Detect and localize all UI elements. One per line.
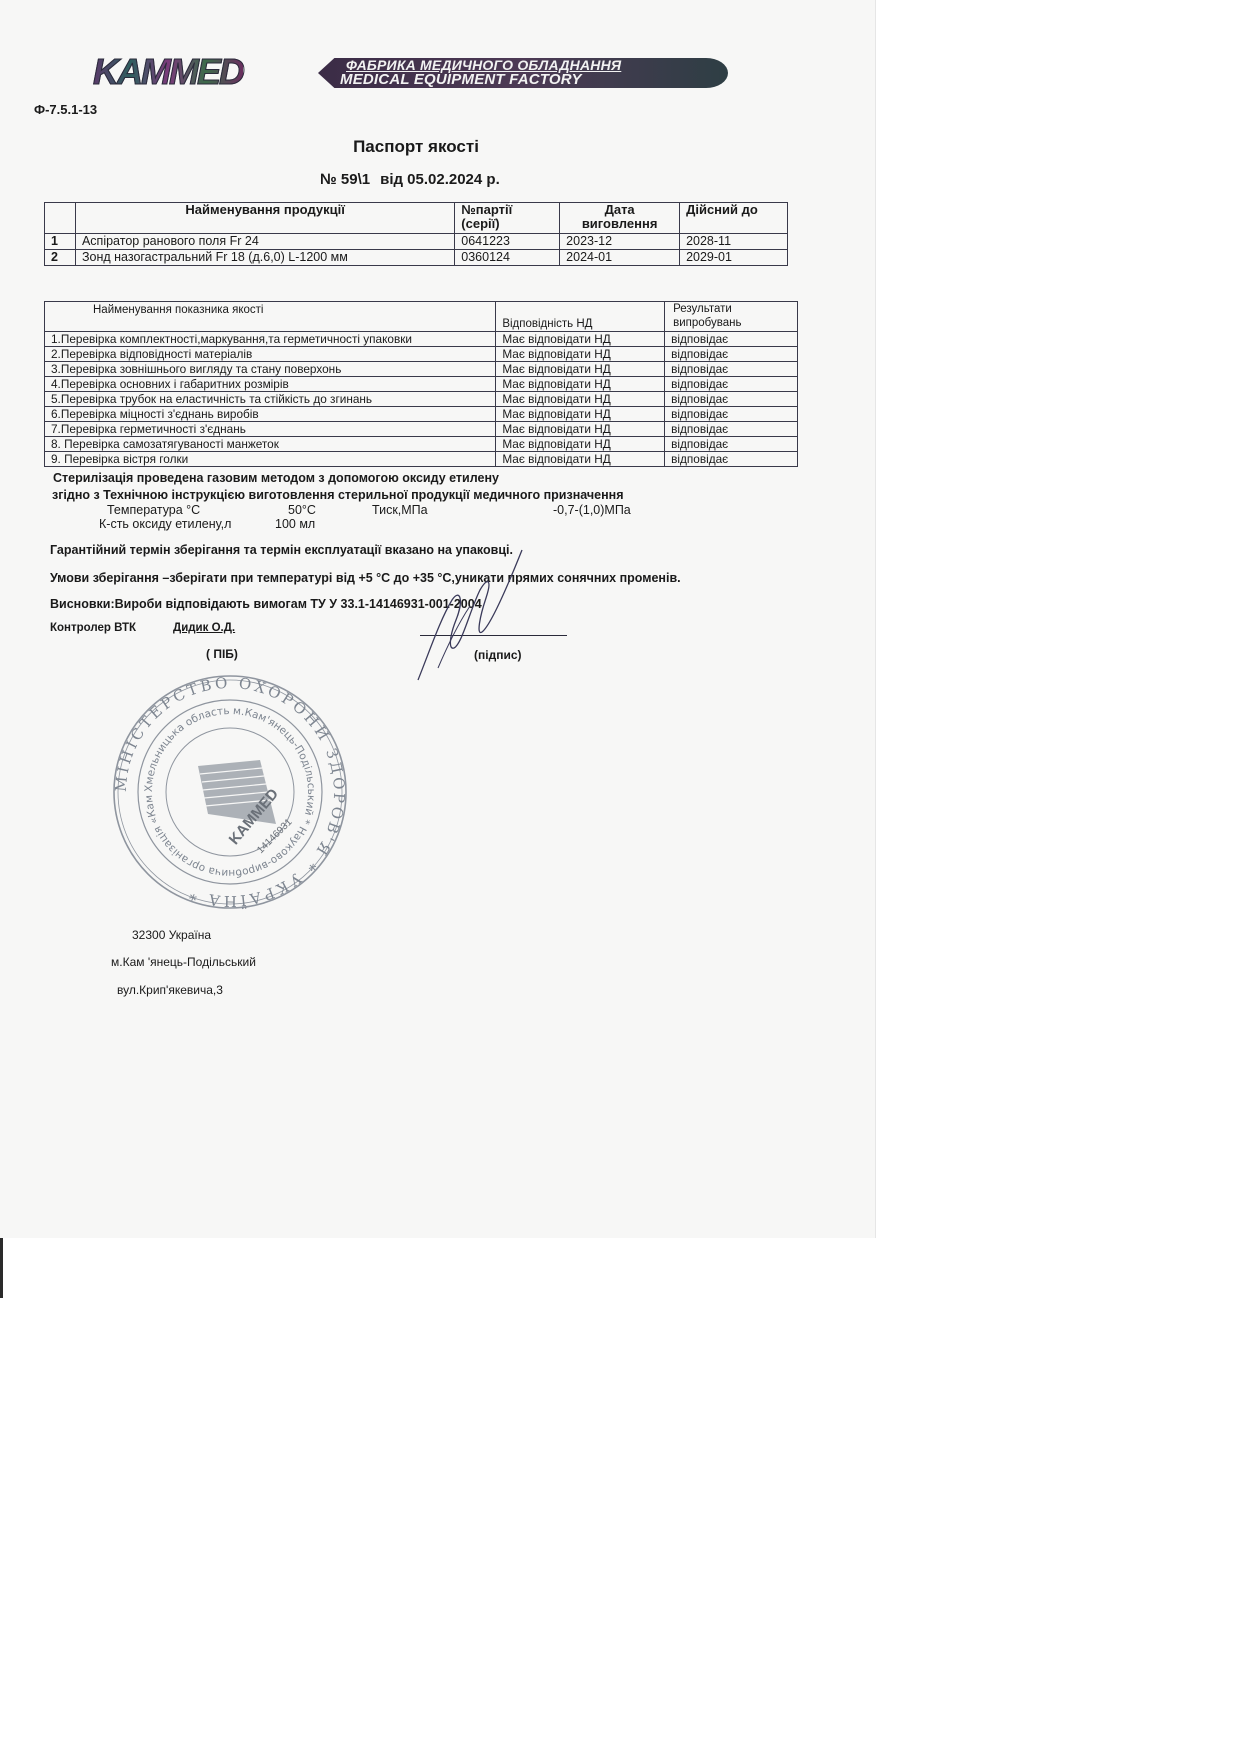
pressure-value: -0,7-(1,0)МПа xyxy=(553,503,631,517)
col-batch: №партії (серії) xyxy=(455,203,560,234)
products-table: Найменування продукції №партії (серії) Д… xyxy=(44,202,788,266)
table-row: 2 Зонд назогастральний Fr 18 (д.6,0) L-1… xyxy=(45,250,788,266)
valid-until: 2028-11 xyxy=(680,234,788,250)
nd-compliance: Має відповідати НД xyxy=(496,407,665,422)
nd-compliance: Має відповідати НД xyxy=(496,377,665,392)
sterilization-line1: Стерилізація проведена газовим методом з… xyxy=(53,471,499,485)
document-number: № 59\1від 05.02.2024 р. xyxy=(320,171,510,188)
nd-compliance: Має відповідати НД xyxy=(496,452,665,467)
quality-table: Найменування показника якості Відповідні… xyxy=(44,301,798,467)
nd-compliance: Має відповідати НД xyxy=(496,437,665,452)
nd-compliance: Має відповідати НД xyxy=(496,362,665,377)
test-result: відповідає xyxy=(665,377,798,392)
test-result: відповідає xyxy=(665,437,798,452)
address-line3: вул.Крип'якевича,3 xyxy=(117,983,223,997)
col-product-name: Найменування продукції xyxy=(75,203,454,234)
address-line1: 32300 Україна xyxy=(132,928,211,942)
ethylene-oxide-value: 100 мл xyxy=(275,517,315,531)
test-result: відповідає xyxy=(665,332,798,347)
passport-date: від 05.02.2024 р. xyxy=(380,171,500,188)
table-row: 3.Перевірка зовнішнього вигляду та стану… xyxy=(45,362,798,377)
col-manufactured: Дата виговлення xyxy=(560,203,680,234)
product-name: Зонд назогастральний Fr 18 (д.6,0) L-120… xyxy=(75,250,454,266)
manufacture-date: 2023-12 xyxy=(560,234,680,250)
indicator-name: 1.Перевірка комплектності,маркування,та … xyxy=(45,332,496,347)
official-stamp: МІНІСТЕРСТВО ОХОРОНИ ЗДОРОВ'Я * УКРАЇНА … xyxy=(108,674,353,910)
indicator-name: 6.Перевірка міцності з'єднань виробів xyxy=(45,407,496,422)
nd-compliance: Має відповідати НД xyxy=(496,392,665,407)
temperature-value: 50°С xyxy=(288,503,316,517)
table-row: 1.Перевірка комплектності,маркування,та … xyxy=(45,332,798,347)
test-result: відповідає xyxy=(665,362,798,377)
batch-number: 0641223 xyxy=(455,234,560,250)
table-row: 5.Перевірка трубок на еластичність та ст… xyxy=(45,392,798,407)
indicator-name: 5.Перевірка трубок на еластичність та ст… xyxy=(45,392,496,407)
nd-compliance: Має відповідати НД xyxy=(496,332,665,347)
test-result: відповідає xyxy=(665,422,798,437)
temperature-label: Температура °С xyxy=(107,503,200,517)
pressure-label: Тиск,МПа xyxy=(372,503,428,517)
table-row: 9. Перевірка вістря голкиМає відповідати… xyxy=(45,452,798,467)
address-line2: м.Кам 'янець-Подільський xyxy=(111,955,256,969)
col-num xyxy=(45,203,76,234)
controller-role: Контролер ВТК xyxy=(50,622,136,634)
nd-compliance: Має відповідати НД xyxy=(496,347,665,362)
table-row: 4.Перевірка основних і габаритних розмір… xyxy=(45,377,798,392)
col-test-results: Результати випробувань xyxy=(665,302,798,332)
kammed-logo: KAMMED xyxy=(93,52,243,92)
batch-number: 0360124 xyxy=(455,250,560,266)
row-num: 1 xyxy=(45,234,76,250)
indicator-name: 7.Перевірка герметичності з'єднань xyxy=(45,422,496,437)
manufacture-date: 2024-01 xyxy=(560,250,680,266)
nd-compliance: Має відповідати НД xyxy=(496,422,665,437)
indicator-name: 4.Перевірка основних і габаритних розмір… xyxy=(45,377,496,392)
name-caption: ( ПІБ) xyxy=(206,647,238,661)
table-row: 1 Аспіратор ранового поля Fr 24 0641223 … xyxy=(45,234,788,250)
controller-name: Дидик О.Д. xyxy=(173,622,235,634)
indicator-name: 8. Перевірка самозатягуваності манжеток xyxy=(45,437,496,452)
scan-edge-artifact xyxy=(0,1238,3,1298)
table-row: 7.Перевірка герметичності з'єднаньМає ві… xyxy=(45,422,798,437)
document-title: Паспорт якості xyxy=(0,137,832,157)
col-nd-compliance: Відповідність НД xyxy=(496,302,665,332)
indicator-name: 3.Перевірка зовнішнього вигляду та стану… xyxy=(45,362,496,377)
ethylene-oxide-label: К-сть оксиду етилену,л xyxy=(99,517,231,531)
valid-until: 2029-01 xyxy=(680,250,788,266)
test-result: відповідає xyxy=(665,392,798,407)
handwritten-signature xyxy=(410,540,540,685)
indicator-name: 9. Перевірка вістря голки xyxy=(45,452,496,467)
products-header-row: Найменування продукції №партії (серії) Д… xyxy=(45,203,788,234)
row-num: 2 xyxy=(45,250,76,266)
test-result: відповідає xyxy=(665,407,798,422)
table-row: 6.Перевірка міцності з'єднань виробівМає… xyxy=(45,407,798,422)
storage-conditions: Умови зберігання –зберігати при температ… xyxy=(50,571,681,585)
test-result: відповідає xyxy=(665,347,798,362)
indicator-name: 2.Перевірка відповідності матеріалів xyxy=(45,347,496,362)
table-row: 8. Перевірка самозатягуваності манжетокМ… xyxy=(45,437,798,452)
logo-tagline-en: MEDICAL EQUIPMENT FACTORY xyxy=(340,72,582,88)
sterilization-line2: згідно з Технічною інструкцією виготовле… xyxy=(52,488,624,502)
passport-number: № 59\1 xyxy=(320,171,370,188)
table-row: 2.Перевірка відповідності матеріалівМає … xyxy=(45,347,798,362)
form-code: Ф-7.5.1-13 xyxy=(34,102,97,117)
quality-header-row: Найменування показника якості Відповідні… xyxy=(45,302,798,332)
col-indicator: Найменування показника якості xyxy=(45,302,496,332)
product-name: Аспіратор ранового поля Fr 24 xyxy=(75,234,454,250)
col-valid-until: Дійсний до xyxy=(680,203,788,234)
test-result: відповідає xyxy=(665,452,798,467)
